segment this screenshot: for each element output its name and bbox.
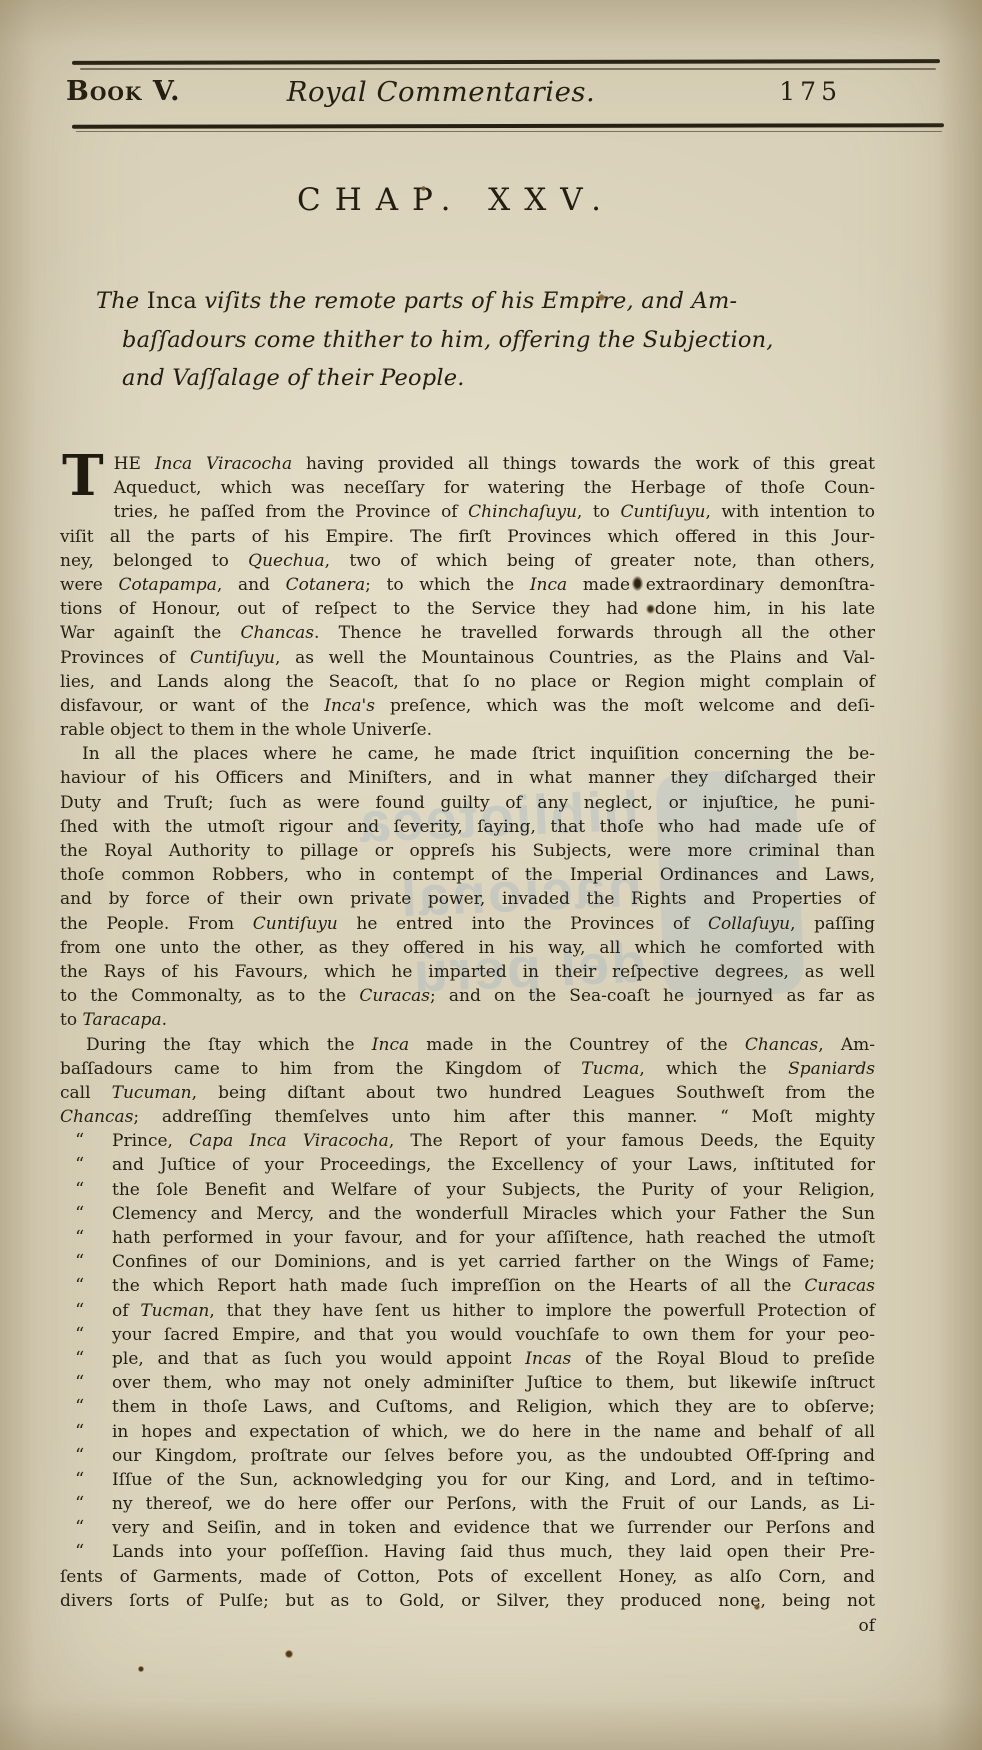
text-line: “your ſacred Empire, and that you would … (60, 1323, 875, 1347)
paragraph: During the ſtay which the Inca made in t… (60, 1033, 875, 1614)
page-number: 175 (779, 77, 890, 106)
italic-term: Chancas (745, 1035, 818, 1055)
text-line: and by force of their own private power,… (60, 887, 875, 911)
text-line: Aqueduct, which was neceſſary for wateri… (60, 476, 875, 500)
italic-term: Inca (147, 288, 197, 314)
text-line: ney, belonged to Quechua, two of which b… (60, 549, 875, 573)
text-line: “our Kingdom, proſtrate our ſelves befor… (60, 1444, 875, 1468)
italic-term: Cotapampa (118, 575, 216, 595)
header-rule-thin (76, 131, 942, 132)
margin-quote-mark: “ (75, 1516, 83, 1540)
text-line: “ny thereof, we do here offer our Perſon… (60, 1492, 875, 1516)
margin-quote-mark: “ (75, 1395, 83, 1419)
text-line: tions of Honour, out of reſpect to the S… (60, 597, 875, 621)
text-line: In all the places where he came, he made… (60, 742, 875, 766)
italic-term: Tucman (140, 1301, 209, 1321)
italic-term: Cuntiſuyu (190, 648, 275, 668)
margin-quote-mark: “ (75, 1178, 83, 1202)
text-line: Provinces of Cuntiſuyu, as well the Moun… (60, 646, 875, 670)
running-title: Royal Commentaries. (287, 76, 595, 108)
text-line: ſents of Garments, made of Cotton, Pots … (60, 1565, 875, 1589)
italic-term: Capa Inca Viracocha (189, 1131, 389, 1151)
text-line: from one unto the other, as they offered… (60, 936, 875, 960)
body-text: THE Inca Viracocha having provided all t… (60, 452, 875, 1613)
text-line: HE Inca Viracocha having provided all th… (60, 452, 875, 476)
text-line: “the which Report hath made ſuch impreſſ… (60, 1274, 875, 1298)
italic-term: Curacas (359, 986, 430, 1006)
italic-term: Incas (525, 1349, 571, 1369)
margin-quote-mark: “ (75, 1226, 83, 1250)
italic-term: Tucuman (112, 1083, 192, 1103)
margin-quote-mark: “ (75, 1444, 83, 1468)
running-header: Book V. Royal Commentaries. 175 (66, 76, 890, 122)
text-line: “Iſſue of the Sun, acknowledging you for… (60, 1468, 875, 1492)
margin-quote-mark: “ (75, 1371, 83, 1395)
text-line: lies, and Lands along the Seacoſt, that … (60, 670, 875, 694)
italic-term: Inca (372, 1035, 409, 1055)
italic-term: Collaſuyu (708, 914, 790, 934)
italic-term: Spaniards (788, 1059, 875, 1079)
italic-term: Tucma (581, 1059, 639, 1079)
text-line: ſhed with the utmoſt rigour and ſeverity… (60, 815, 875, 839)
text-line: “ple, and that as ſuch you would appoint… (60, 1347, 875, 1371)
text-line: divers ſorts of Pulſe; but as to Gold, o… (60, 1589, 875, 1613)
margin-quote-mark: “ (75, 1468, 83, 1492)
margin-quote-mark: “ (75, 1250, 83, 1274)
margin-quote-mark: “ (75, 1153, 83, 1177)
text-line: viſit all the parts of his Empire. The f… (60, 525, 875, 549)
italic-term: Inca's (324, 696, 375, 716)
text-line: call Tucuman, being diſtant about two hu… (60, 1081, 875, 1105)
margin-quote-mark: “ (75, 1323, 83, 1347)
text-line: haviour of his Officers and Miniſters, a… (60, 766, 875, 790)
text-line: “Lands into your poſſeſſion. Having ſaid… (60, 1540, 875, 1564)
paragraph: THE Inca Viracocha having provided all t… (60, 452, 875, 742)
text-line: Duty and Truſt; ſuch as were found guilt… (60, 791, 875, 815)
subtitle-line: baſſadours come thither to him, offering… (122, 321, 856, 360)
book-page-scan: bibliotecanacionaldel perú Book V. Royal… (0, 0, 982, 1750)
text-line: “the ſole Benefit and Welfare of your Su… (60, 1178, 875, 1202)
margin-quote-mark: “ (75, 1202, 83, 1226)
text-line: “hath performed in your favour, and for … (60, 1226, 875, 1250)
text-line: “Confines of our Dominions, and is yet c… (60, 1250, 875, 1274)
catchword: of (858, 1616, 875, 1636)
text-line: to the Commonalty, as to the Curacas; an… (60, 984, 875, 1008)
text-line: “and Juſtice of your Proceedings, the Ex… (60, 1153, 875, 1177)
italic-term: Cotanera (286, 575, 365, 595)
italic-term: Taracapa (82, 1010, 161, 1030)
stain-speck (138, 1666, 144, 1672)
italic-term: Curacas (804, 1276, 875, 1296)
text-line: the People. From Cuntiſuyu he entred int… (60, 912, 875, 936)
text-line: Chancas; addreſſing themſelves unto him … (60, 1105, 875, 1129)
text-line: During the ſtay which the Inca made in t… (60, 1033, 875, 1057)
italic-term: Chancas (241, 623, 314, 643)
margin-quote-mark: “ (75, 1274, 83, 1298)
top-rule-thin (80, 68, 936, 70)
text-line: disfavour, or want of the Inca's preſenc… (60, 694, 875, 718)
italic-term: Cuntiſuyu (620, 502, 705, 522)
paragraph: In all the places where he came, he made… (60, 742, 875, 1032)
text-line: “Prince, Capa Inca Viracocha, The Report… (60, 1129, 875, 1153)
margin-quote-mark: “ (75, 1129, 83, 1153)
text-line: rable object to them in the whole Univer… (60, 718, 875, 742)
margin-quote-mark: “ (75, 1492, 83, 1516)
text-line: War againſt the Chancas. Thence he trave… (60, 621, 875, 645)
chapter-subtitle: The Inca viſits the remote parts of his … (96, 282, 856, 398)
text-line: “of Tucman, that they have ſent us hithe… (60, 1299, 875, 1323)
margin-quote-mark: “ (75, 1299, 83, 1323)
text-line: thoſe common Robbers, who in contempt of… (60, 863, 875, 887)
italic-term: Quechua (248, 551, 325, 571)
subtitle-line: The Inca viſits the remote parts of his … (96, 282, 856, 321)
italic-term: Chancas (60, 1107, 133, 1127)
subtitle-line: and Vaſſalage of their People. (122, 359, 856, 398)
top-rule-thick (72, 59, 940, 65)
italic-term: Inca (530, 575, 567, 595)
text-line: “Clemency and Mercy, and the wonderfull … (60, 1202, 875, 1226)
stain-speck (285, 1650, 293, 1658)
text-line: baſſadours came to him from the Kingdom … (60, 1057, 875, 1081)
text-line: “them in thoſe Laws, and Cuſtoms, and Re… (60, 1395, 875, 1419)
margin-quote-mark: “ (75, 1540, 83, 1564)
italic-term: Chinchaſuyu (468, 502, 577, 522)
text-line: tries, he paſſed from the Province of Ch… (60, 500, 875, 524)
italic-term: Cuntiſuyu (253, 914, 338, 934)
book-label: Book V. (66, 76, 180, 107)
text-line: the Royal Authority to pillage or oppreſ… (60, 839, 875, 863)
italic-term: Inca Viracocha (155, 454, 292, 474)
header-rule-thick (72, 123, 944, 128)
margin-quote-mark: “ (75, 1420, 83, 1444)
text-line: the Rays of his Favours, which he impart… (60, 960, 875, 984)
text-line: “very and Seiſin, and in token and evide… (60, 1516, 875, 1540)
text-line: to Taracapa. (60, 1008, 875, 1032)
text-line: “in hopes and expectation of which, we d… (60, 1420, 875, 1444)
margin-quote-mark: “ (75, 1347, 83, 1371)
text-line: were Cotapampa, and Cotanera; to which t… (60, 573, 875, 597)
text-line: “over them, who may not onely adminiſter… (60, 1371, 875, 1395)
chapter-heading: CHAP. XXV. (0, 182, 912, 218)
